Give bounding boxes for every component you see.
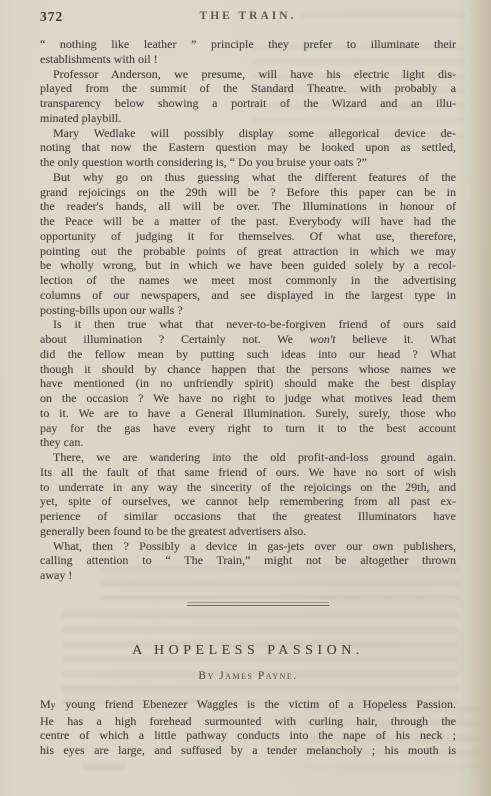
text-line: “ nothing like leather ” principle they … (40, 37, 456, 52)
scanned-book-page: 372 THE TRAIN. “ nothing like leather ” … (0, 0, 491, 796)
text-line: have mentioned (in no unfriendly spirit)… (40, 376, 456, 391)
text-line: generally been found to be the greatest … (40, 524, 456, 539)
section-divider-rule (187, 602, 329, 606)
text-line: Its all the fault of that same friend of… (40, 465, 456, 480)
text-line: to it. We are to have a General Illumina… (40, 406, 456, 421)
text-line: Is it then true what that never-to-be-fo… (40, 317, 456, 332)
text-line: My young friend Ebenezer Waggles is the … (40, 697, 456, 714)
text-line: away ! (40, 568, 456, 583)
text-line: played from the summit of the Standard T… (40, 81, 456, 96)
text-line: the Peace will be a matter of the past. … (40, 214, 456, 229)
text-line: pay for the gas have every right to turn… (40, 421, 456, 436)
text-line: to underrate in any way the sincerity of… (40, 480, 456, 495)
text-line: the reader's hands, all will be over. Th… (40, 199, 456, 214)
text-line: establishments with oil ! (40, 52, 456, 67)
text-line: He has a high forehead surmounted with c… (40, 714, 456, 729)
text-line: transparency below showing a portrait of… (40, 96, 456, 111)
text-line: There, we are wandering into the old pro… (40, 450, 456, 465)
text-line: did the fellow mean by putting such idea… (40, 347, 456, 362)
journal-title: THE TRAIN. (40, 10, 456, 22)
paragraph: What, then ? Possibly a device in gas-je… (40, 539, 456, 583)
text-line: pointing out the probable points of grea… (40, 244, 456, 259)
paragraph: Mary Wedlake will possibly display some … (40, 126, 456, 170)
article-byline: By James Payne. (40, 670, 456, 682)
text-line: though it should by chance happen that t… (40, 362, 456, 377)
text-line: minated playbill. (40, 111, 456, 126)
text-line: on the occasion ? We have no right to ju… (40, 391, 456, 406)
paragraph: My young friend Ebenezer Waggles is the … (40, 697, 456, 758)
text-line: the only question worth considering is, … (40, 155, 456, 170)
running-head: 372 THE TRAIN. (40, 9, 456, 24)
text-line: Mary Wedlake will possibly display some … (40, 126, 456, 141)
paragraph: Is it then true what that never-to-be-fo… (40, 317, 456, 450)
text-line: yet, spite of ourselves, we cannot help … (40, 494, 456, 509)
text-line: grand rejoicings on the 29th will be ? B… (40, 185, 456, 200)
text-line: lection of the names we meet most common… (40, 273, 456, 288)
text-line: noting that now the Eastern question may… (40, 140, 456, 155)
paragraph: “ nothing like leather ” principle they … (40, 37, 456, 67)
text-line: What, then ? Possibly a device in gas-je… (40, 539, 456, 554)
paragraph: But why go on thus guessing what the dif… (40, 170, 456, 318)
text-line: But why go on thus guessing what the dif… (40, 170, 456, 185)
text-line: perience of similar occasions that the g… (40, 509, 456, 524)
showthrough-smudge (82, 764, 126, 773)
text-line: be wholly wrong, but in which we have be… (40, 258, 456, 273)
paragraph: Professor Anderson, we presume, will hav… (40, 67, 456, 126)
text-line: columns of our newspapers, and see displ… (40, 288, 456, 303)
text-line: his eyes are large, and suffused by a te… (40, 743, 456, 758)
text-line: opportunity of judging it for themselves… (40, 229, 456, 244)
article-opening-text: My young friend Ebenezer Waggles is the … (40, 697, 456, 758)
text-line: they can. (40, 435, 456, 450)
text-line: posting-bills upon our walls ? (40, 303, 456, 318)
text-line: Professor Anderson, we presume, will hav… (40, 67, 456, 82)
text-line: about illumination ? Certainly not. We w… (40, 332, 456, 347)
article-continuation-text: “ nothing like leather ” principle they … (40, 37, 456, 583)
paragraph: There, we are wandering into the old pro… (40, 450, 456, 539)
page-content: 372 THE TRAIN. “ nothing like leather ” … (0, 0, 491, 758)
text-line: centre of which a little pathway conduct… (40, 728, 456, 743)
article-title: A HOPELESS PASSION. (40, 643, 456, 659)
text-line: calling attention to “ The Train,” might… (40, 553, 456, 568)
